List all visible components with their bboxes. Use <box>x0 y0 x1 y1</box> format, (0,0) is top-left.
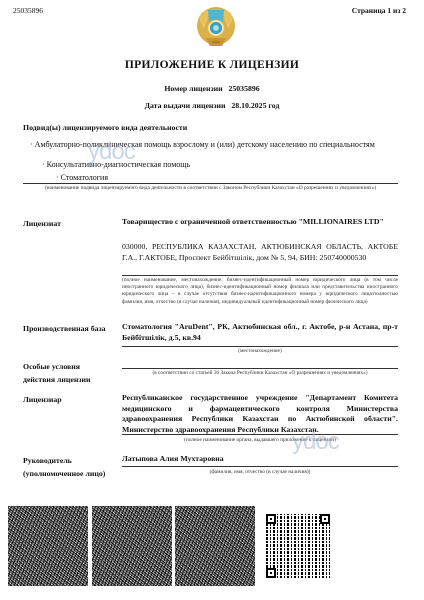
production-base-note: (местонахождение) <box>122 348 398 355</box>
page-indicator: Страница 1 из 2 <box>352 6 406 15</box>
license-number-line: Номер лицензии 25035896 <box>0 84 424 93</box>
divider <box>122 346 398 347</box>
production-base-label: Производственная база <box>23 322 106 335</box>
special-conditions-label-line1: Особые условия <box>23 360 91 373</box>
head-note: (фамилия, имя, отчество (в случае наличи… <box>122 469 398 476</box>
divider <box>122 368 398 369</box>
licensee-name: Товарищество с ограниченной ответственно… <box>122 217 398 228</box>
divider <box>23 183 398 184</box>
special-conditions-label-line2: действия лицензии <box>23 373 91 386</box>
license-number: 25035896 <box>228 84 259 93</box>
license-date: 28.10.2025 год <box>231 101 279 110</box>
document-title: ПРИЛОЖЕНИЕ К ЛИЦЕНЗИИ <box>0 59 424 71</box>
head-name: Латыпова Алия Мухтаровна <box>122 454 398 465</box>
barcode-icon <box>92 506 172 586</box>
divider <box>122 434 398 435</box>
divider <box>122 466 398 467</box>
license-date-line: Дата выдачи лицензии 28.10.2025 год <box>0 101 424 110</box>
subtype-item: · Стоматология <box>56 173 108 182</box>
license-date-label: Дата выдачи лицензии <box>145 101 226 110</box>
subtype-item: · Амбулаторно-поликлиническая помощь взр… <box>30 140 375 149</box>
watermark: ydoc <box>292 428 339 456</box>
document-number: 25035896 <box>13 6 43 15</box>
head-label-line2: (уполномоченное лицо) <box>23 467 105 480</box>
licensor-label: Лицензиар <box>23 393 62 406</box>
licensor-value: Республиканское государственное учрежден… <box>122 393 398 435</box>
production-base-value: Стоматология "AruDent", РК, Актюбинская … <box>122 322 398 343</box>
head-label: Руководитель (уполномоченное лицо) <box>23 454 105 480</box>
special-conditions-label: Особые условия действия лицензии <box>23 360 91 386</box>
barcode-icon <box>175 506 255 586</box>
licensee-label: Лицензиат <box>23 217 61 230</box>
qr-code-icon <box>266 514 330 578</box>
watermark: ydoc <box>88 138 135 166</box>
state-emblem-icon <box>194 4 238 50</box>
licensor-note: (полное наименование органа, выдавшего п… <box>122 437 398 444</box>
qr-finder-icon <box>320 514 330 524</box>
licensee-address: 030000, РЕСПУБЛИКА КАЗАХСТАН, АКТЮБИНСКА… <box>122 242 398 263</box>
qr-finder-icon <box>266 514 276 524</box>
barcode-icon <box>8 506 88 586</box>
head-label-line1: Руководитель <box>23 454 105 467</box>
special-conditions-note: (в соответствии со статьей 36 Закона Рес… <box>122 370 398 377</box>
license-number-label: Номер лицензии <box>164 84 222 93</box>
licensee-note: (полное наименование, местонахождение, б… <box>122 277 398 306</box>
subtypes-note: (наименование подвида лицензируемого вид… <box>23 185 398 192</box>
subtypes-title: Подвид(ы) лицензируемого вида деятельнос… <box>23 123 187 132</box>
divider <box>122 275 398 276</box>
qr-finder-icon <box>266 568 276 578</box>
